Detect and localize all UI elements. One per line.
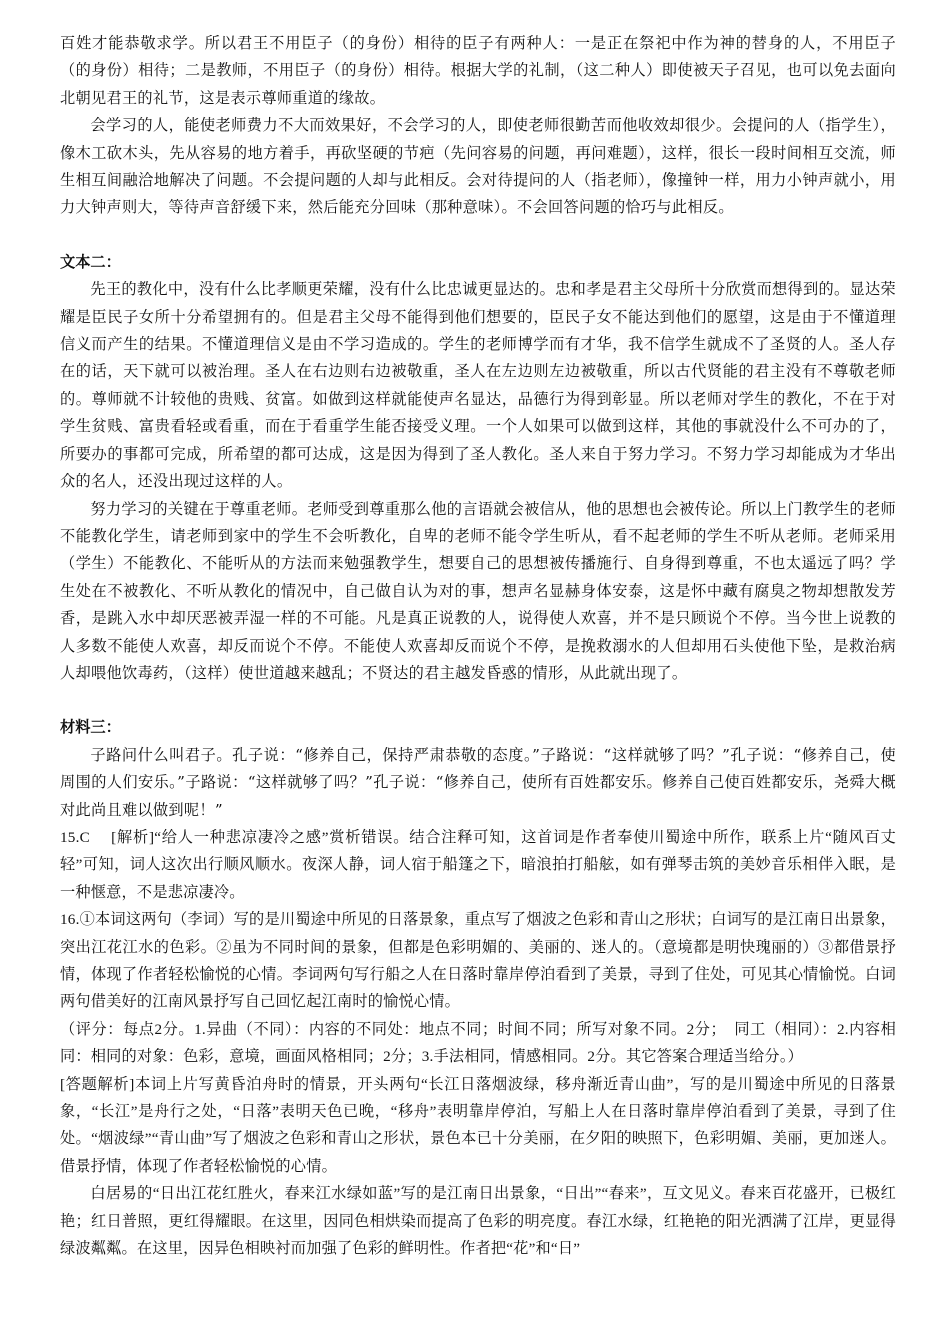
spacer xyxy=(60,687,896,714)
answer-q16: 16.①本词这两句（李词）写的是川蜀途中所见的日落景象，重点写了烟波之色彩和青山… xyxy=(60,906,896,1016)
section-heading-material-three: 材料三： xyxy=(60,714,896,741)
section-heading-text-two: 文本二： xyxy=(60,249,896,276)
paragraph-text-two-1: 先王的教化中，没有什么比孝顺更荣耀，没有什么比忠诚更显达的。忠和孝是君主父母所十… xyxy=(60,276,896,495)
paragraph-text-one-translation-2: 会学习的人，能使老师费力不大而效果好，不会学习的人，即使老师很勤苦而他收效却很少… xyxy=(60,112,896,222)
answer-q15: 15.C [解析]“给人一种悲凉凄冷之感”赏析错误。结合注释可知，这首词是作者奉… xyxy=(60,824,896,906)
answer-q16-bai-juyi: 白居易的“日出江花红胜火，春来江水绿如蓝”写的是江南日出景象，“日出”“春来”，… xyxy=(60,1180,896,1262)
spacer xyxy=(60,222,896,249)
answer-q16-scoring: （评分：每点2分。1.异曲（不同）：内容的不同处：地点不同；时间不同；所写对象不… xyxy=(60,1016,896,1071)
paragraph-material-three: 子路问什么叫君子。孔子说：“修养自己，保持严肃恭敬的态度。”子路说：“这样就够了… xyxy=(60,742,896,824)
paragraph-text-one-translation-1: 百姓才能恭敬求学。所以君王不用臣子（的身份）相待的臣子有两种人：一是正在祭祀中作… xyxy=(60,30,896,112)
document-page: 百姓才能恭敬求学。所以君王不用臣子（的身份）相待的臣子有两种人：一是正在祭祀中作… xyxy=(60,30,896,1262)
answer-q16-analysis: [答题解析]本词上片写黄昏泊舟时的情景，开头两句“长江日落烟波绿，移舟渐近青山曲… xyxy=(60,1071,896,1181)
paragraph-text-two-2: 努力学习的关键在于尊重老师。老师受到尊重那么他的言语就会被信从，他的思想也会被传… xyxy=(60,496,896,688)
